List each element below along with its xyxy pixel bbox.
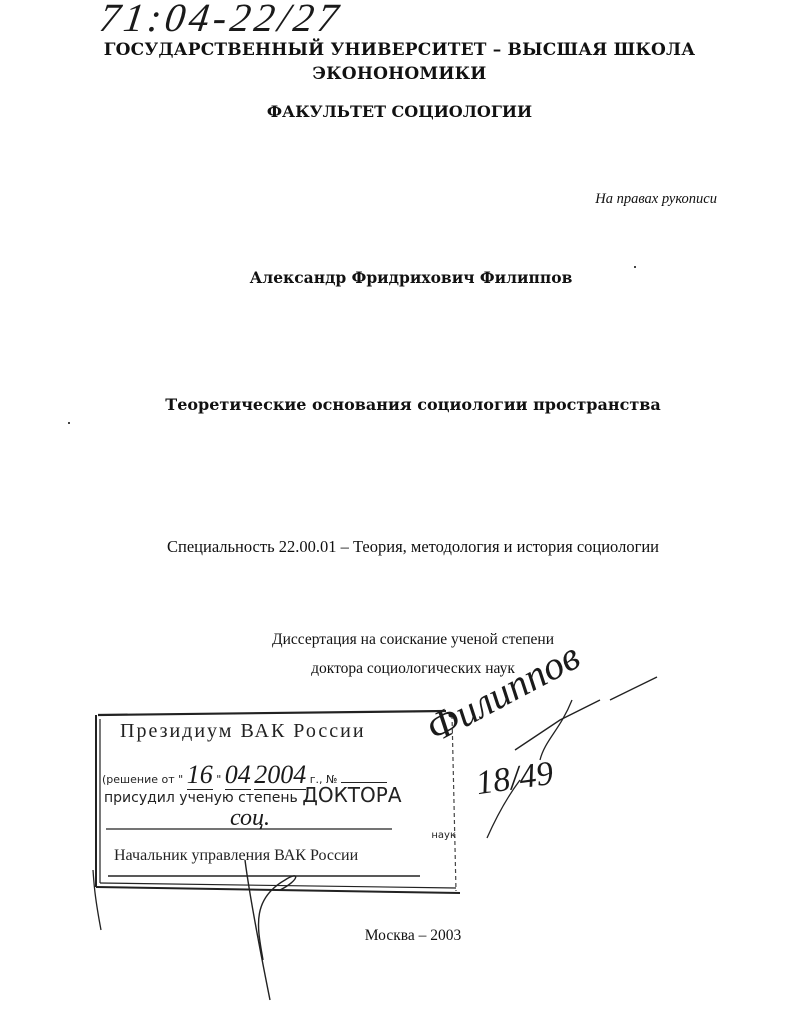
- handwritten-strokes: [0, 0, 799, 1034]
- city-year: Москва – 2003: [0, 927, 799, 945]
- scan-speck: [68, 422, 70, 424]
- scan-speck: [634, 266, 636, 268]
